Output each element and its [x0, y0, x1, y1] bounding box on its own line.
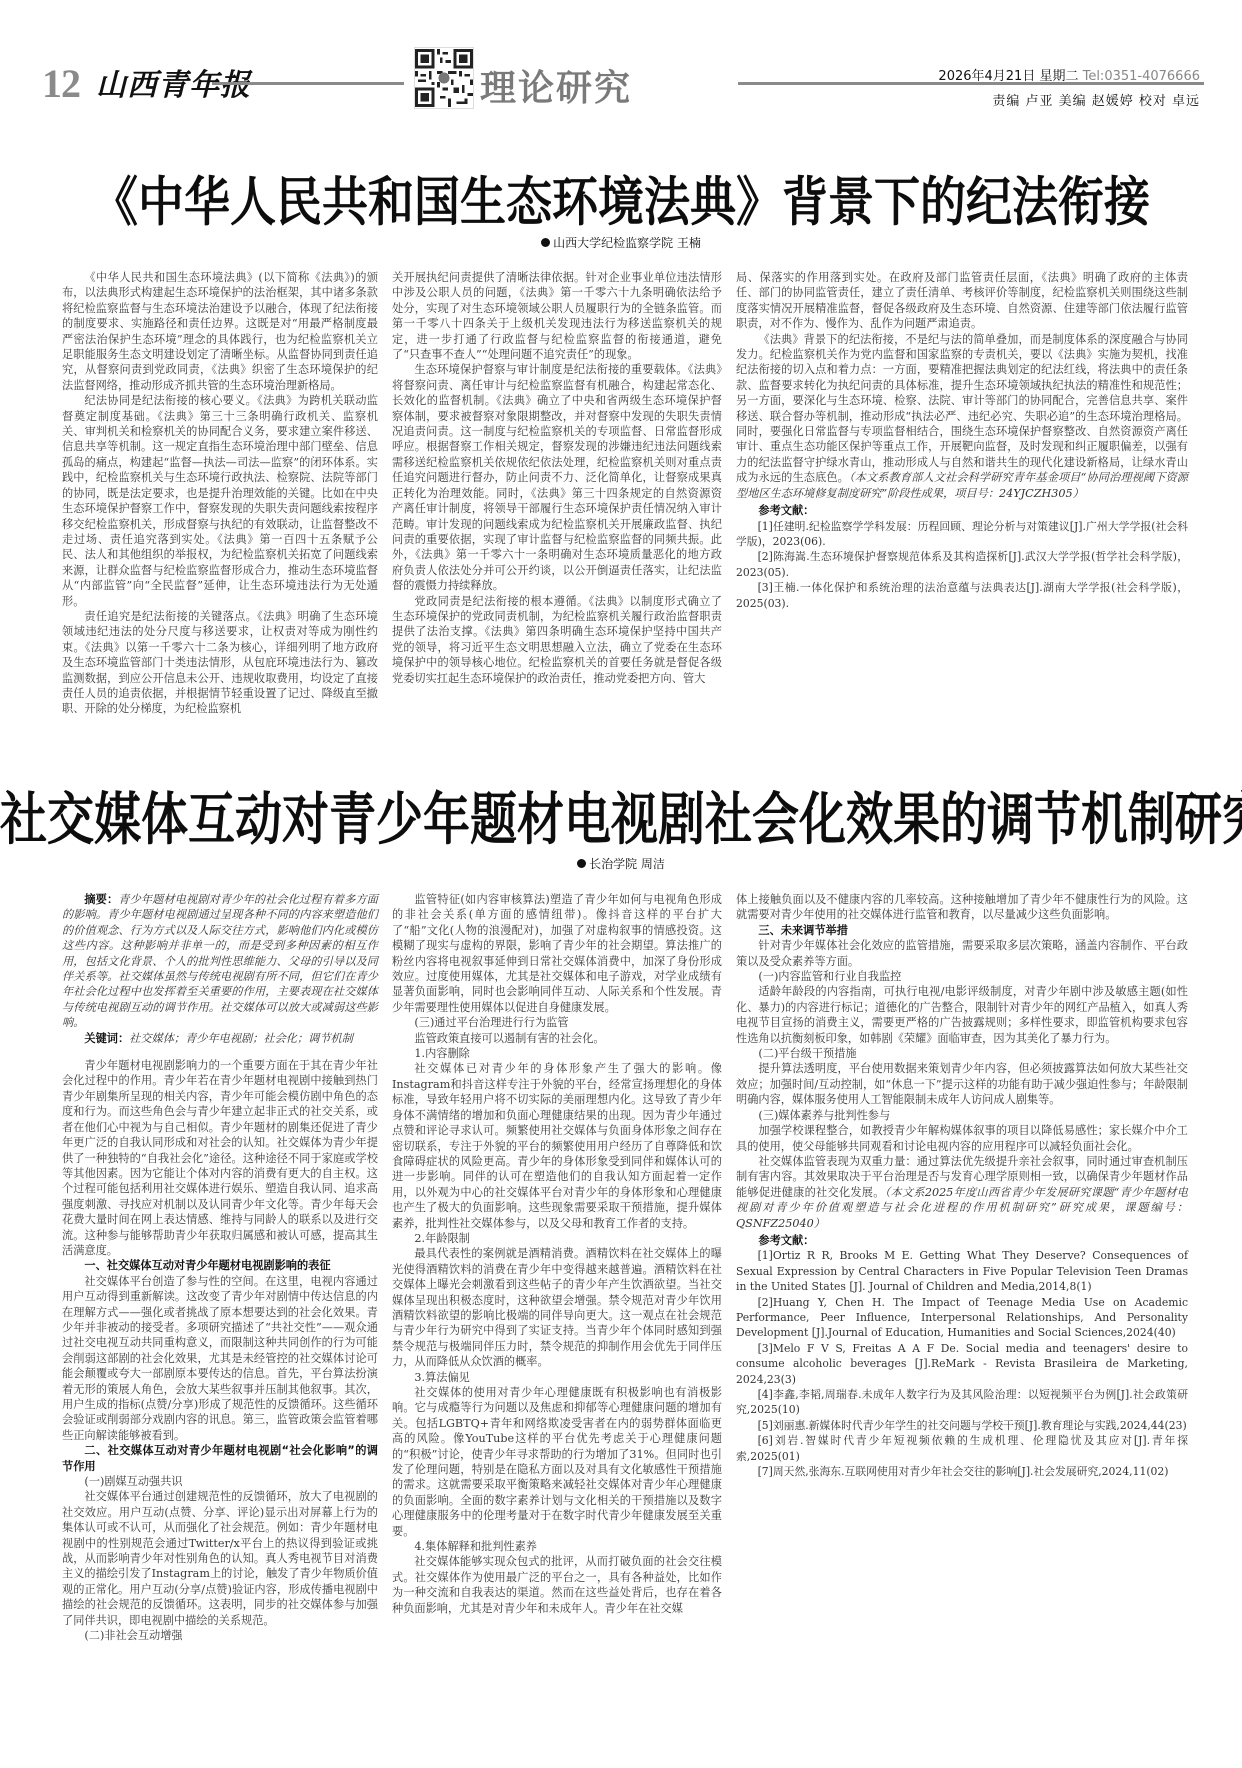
subsection-heading: (二)非社会互动增强 [62, 1628, 378, 1643]
qr-code-icon [414, 47, 474, 109]
article2-byline: 长治学院 周洁 [0, 855, 1242, 872]
abstract: 摘要：青少年题材电视剧对青少年的社会化过程有着多方面的影响。青少年题材电视剧通过… [62, 892, 378, 1031]
paragraph: 提升算法透明度，平台使用数据来策划青少年内容，但必须披露算法如何放大某些社交效应… [736, 1061, 1188, 1107]
subsection-heading: (三)媒体素养与批判性参与 [736, 1108, 1188, 1123]
reference-item: [3]王楠.一体化保护和系统治理的法治意蕴与法典表达[J].湖南大学学报(社会科… [736, 580, 1188, 611]
reference-item: [4]李鑫,李韬,周瑞春.未成年人数字行为及其风险治理：以短视频平台为例[J].… [736, 1387, 1188, 1418]
dateline: 2026年4月21日 星期二 Tel:0351-4076666 [938, 65, 1200, 84]
paragraph: 最具代表性的案例就是酒精消费。酒精饮料在社交媒体上的曝光使得酒精饮料的消费在青少… [392, 1246, 722, 1369]
article2-column-1: 摘要：青少年题材电视剧对青少年的社会化过程有着多方面的影响。青少年题材电视剧通过… [62, 892, 378, 1644]
keywords-label: 关键词： [84, 1032, 129, 1045]
article1-column-3: 局、保落实的作用落到实处。在政府及部门监管责任层面，《法典》明确了政府的主体责任… [736, 270, 1188, 611]
paragraph: 社交媒体平台通过创建规范性的反馈循环，放大了电视剧的社交效应。用户互动(点赞、分… [62, 1489, 378, 1628]
section-heading: 一、社交媒体互动对青少年题材电视剧影响的表征 [62, 1258, 378, 1273]
item-heading: 2.年龄限制 [392, 1231, 722, 1246]
references-heading: 参考文献： [736, 503, 1188, 518]
reference-item: [1]任建明.纪检监察学学科发展：历程回顾、理论分析与对策建议[J].广州大学学… [736, 519, 1188, 550]
article1-column-1: 《中华人民共和国生态环境法典》(以下简称《法典》)的颁布，以法典形式构建起生态环… [62, 270, 378, 717]
paragraph: 针对青少年媒体社会化效应的监管措施，需要采取多层次策略，涵盖内容制作、平台政策以… [736, 938, 1188, 969]
paragraph: 适龄年龄段的内容指南，可执行电视/电影评级制度，对青少年剧中涉及敏感主题(如性化… [736, 984, 1188, 1046]
subsection-heading: (一)内容监管和行业自我监控 [736, 969, 1188, 984]
paragraph: 局、保落实的作用落到实处。在政府及部门监管责任层面，《法典》明确了政府的主体责任… [736, 270, 1188, 332]
keywords-text: 社交媒体；青少年电视剧；社会化；调节机制 [129, 1032, 353, 1045]
paragraph: 监管特征(如内容审核算法)塑造了青少年如何与电视角色形成的非社会关系(单方面的感… [392, 892, 722, 1015]
article1-headline: 《中华人民共和国生态环境法典》背景下的纪法衔接 [0, 160, 1242, 236]
paragraph-text: 《法典》背景下的纪法衔接，不是纪与法的简单叠加，而是制度体系的深度融合与协同发力… [736, 333, 1188, 485]
reference-item: [2]陈海嵩.生态环境保护督察规范体系及其构造探析[J].武汉大学学报(哲学社会… [736, 549, 1188, 580]
reference-item: [2]Huang Y, Chen H. The Impact of Teenag… [736, 1295, 1188, 1341]
paragraph: 监管政策直接可以遏制有害的社会化。 [392, 1031, 722, 1046]
section-heading: 三、未来调节举措 [736, 923, 1188, 938]
paragraph: 体上接触负面以及不健康内容的几率较高。这种接触增加了青少年不健康性行为的风险。这… [736, 892, 1188, 923]
keywords: 关键词：社交媒体；青少年电视剧；社会化；调节机制 [62, 1031, 378, 1046]
paragraph: 关开展执纪问责提供了清晰法律依据。针对企业事业单位违法情形中涉及公职人员的问题，… [392, 270, 722, 362]
paragraph: 加强学校课程整合，如教授青少年解构媒体叙事的项目以降低易感性；家长媒介中介工具的… [736, 1123, 1188, 1154]
paragraph: 党政同责是纪法衔接的根本遵循。《法典》以制度形式确立了生态环境保护的党政同责机制… [392, 594, 722, 686]
article2-column-3: 体上接触负面以及不健康内容的几率较高。这种接触增加了青少年不健康性行为的风险。这… [736, 892, 1188, 1479]
paragraph: 责任追究是纪法衔接的关键落点。《法典》明确了生态环境领域违纪违法的处分尺度与移送… [62, 609, 378, 717]
reference-item: [5]刘丽惠.新媒体时代青少年学生的社交问题与学校干预[J].教育理论与实践,2… [736, 1418, 1188, 1433]
reference-item: [1]Ortiz R R, Brooks M E. Getting What T… [736, 1248, 1188, 1294]
editors-credit: 责编 卢亚 美编 赵媛婷 校对 卓远 [992, 90, 1200, 109]
abstract-text: 青少年题材电视剧对青少年的社会化过程有着多方面的影响。青少年题材电视剧通过呈现各… [62, 893, 378, 1029]
header-rule-left [212, 82, 404, 85]
paragraph: 社交媒体平台创造了参与性的空间。在这里，电视内容通过用户互动得到重新解读。这改变… [62, 1274, 378, 1443]
bullet-icon [541, 238, 550, 247]
paragraph: 社交媒体能够实现众包式的批评，从而打破负面的社会交往模式。社交媒体作为使用最广泛… [392, 1554, 722, 1616]
article2-headline: 社交媒体互动对青少年题材电视剧社会化效果的调节机制研究 [0, 775, 1242, 855]
reference-item: [6]刘岩.智媒时代青少年短视频依赖的生成机理、伦理隐忧及其应对[J].青年探索… [736, 1433, 1188, 1464]
paragraph: 社交媒体已对青少年的身体形象产生了强大的影响。像Instagram和抖音这样专注… [392, 1061, 722, 1230]
phone-number: Tel:0351-4076666 [1083, 69, 1200, 84]
subsection-heading: (二)平台级干预措施 [736, 1046, 1188, 1061]
paragraph: 社交媒体监管表现为双重力量：通过算法优先级提升亲社会叙事，同时通过审查机制压制有… [736, 1154, 1188, 1231]
article1-column-2: 关开展执纪问责提供了清晰法律依据。针对企业事业单位违法情形中涉及公职人员的问题，… [392, 270, 722, 686]
paragraph: 生态环境保护督察与审计制度是纪法衔接的重要载体。《法典》将督察问责、离任审计与纪… [392, 362, 722, 593]
issue-date: 2026年4月21日 星期二 [938, 69, 1078, 84]
bullet-icon [577, 859, 586, 868]
article1-author: 山西大学纪检监察学院 王楠 [553, 236, 701, 250]
paragraph: 《中华人民共和国生态环境法典》(以下简称《法典》)的颁布，以法典形式构建起生态环… [62, 270, 378, 393]
item-heading: 1.内容删除 [392, 1046, 722, 1061]
item-heading: 4.集体解释和批判性素养 [392, 1539, 722, 1554]
section-heading: 二、社交媒体互动对青少年题材电视剧“社会化影响”的调节作用 [62, 1443, 378, 1474]
page-number: 12 [42, 60, 80, 107]
abstract-label: 摘要： [84, 893, 118, 906]
paragraph: 《法典》背景下的纪法衔接，不是纪与法的简单叠加，而是制度体系的深度融合与协同发力… [736, 332, 1188, 501]
article1-byline: 山西大学纪检监察学院 王楠 [0, 234, 1242, 251]
references-heading: 参考文献： [736, 1233, 1188, 1248]
paragraph: 纪法协同是纪法衔接的核心要义。《法典》为跨机关联动监督奠定制度基础。《法典》第三… [62, 393, 378, 609]
subsection-heading: (三)通过平台治理进行行为监管 [392, 1015, 722, 1030]
section-title: 理论研究 [480, 60, 632, 111]
article2-author: 长治学院 周洁 [589, 857, 665, 871]
article2-column-2: 监管特征(如内容审核算法)塑造了青少年如何与电视角色形成的非社会关系(单方面的感… [392, 892, 722, 1616]
item-heading: 3.算法偏见 [392, 1370, 722, 1385]
subsection-heading: (一)剧媒互动强共识 [62, 1474, 378, 1489]
reference-item: [3]Melo F V S, Freitas A A F De. Social … [736, 1341, 1188, 1387]
masthead: 12 山西青年报 理论研究 2026年4月21日 星期二 Tel:0351-40… [0, 0, 1242, 110]
paragraph: 社交媒体的使用对青少年心理健康既有积极影响也有消极影响。它与成瘾等行为问题以及焦… [392, 1385, 722, 1539]
reference-item: [7]周天然,张海东.互联网使用对青少年社会交往的影响[J].社会发展研究,20… [736, 1464, 1188, 1479]
paragraph: 青少年题材电视剧影响力的一个重要方面在于其在青少年社会化过程中的作用。青少年若在… [62, 1058, 378, 1258]
